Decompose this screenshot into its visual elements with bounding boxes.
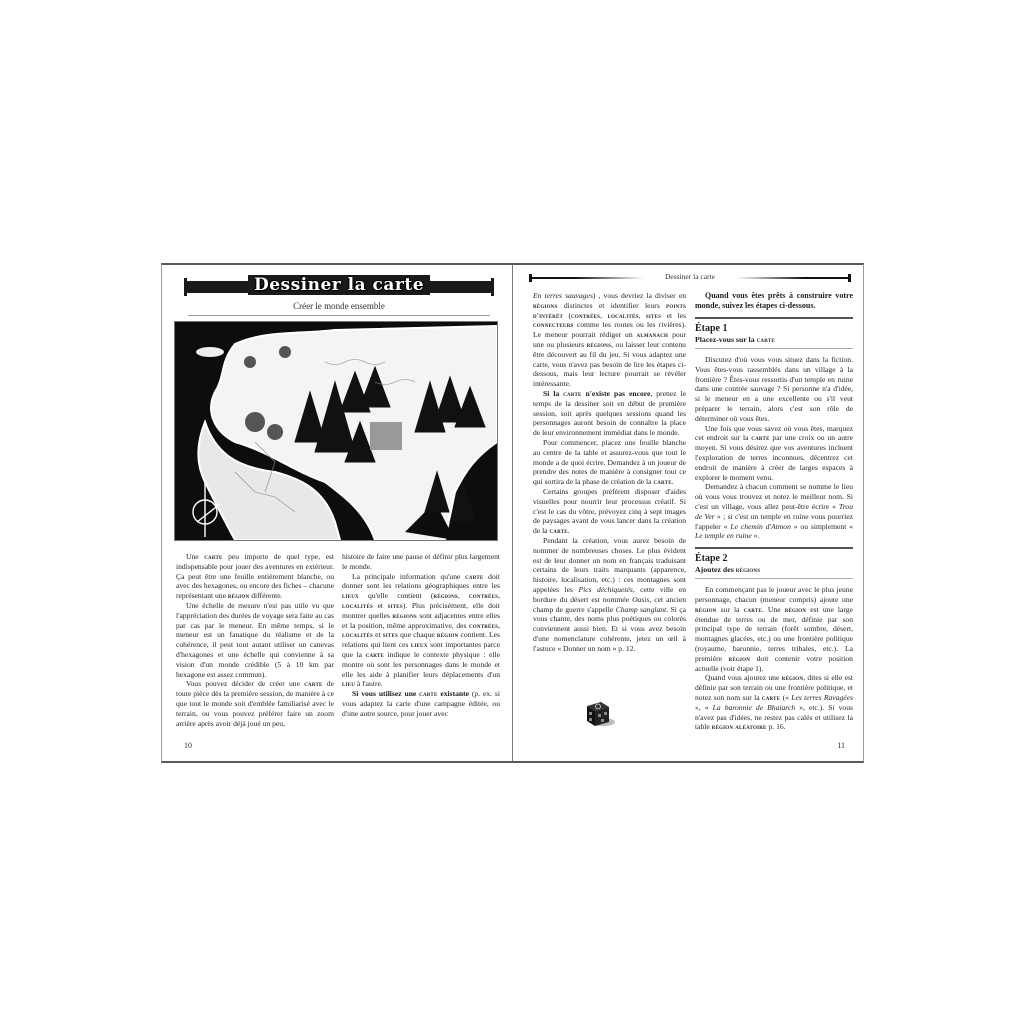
step-1-rule [695,317,853,319]
subtitle-divider [188,315,490,316]
paragraph: En commençant pas le joueur avec le plus… [695,585,853,673]
italic-text: Les terres Ravagées [791,693,853,702]
game-term: lieux [411,640,428,649]
italic-text: Champ sanglant [616,605,667,614]
map-drawing [175,322,497,540]
game-term: régions [392,611,416,620]
dice-icon [581,698,615,728]
italic-text: Le temple en ruine [695,531,752,540]
paragraph: histoire de faire une pause et définir p… [342,552,500,572]
paragraph: Discutez d'où vous vous situez dans la f… [695,355,853,424]
right-column-2: Quand vous êtes prêts à construire votre… [695,291,853,732]
paragraph: Vous pouvez décider de créer une carte d… [176,679,334,728]
chapter-subtitle: Créer le monde ensemble [186,301,492,311]
step-1-title: Étape 1 [695,323,853,335]
game-term: carte [304,679,322,688]
paragraph: Une échelle de mesure n'est pas utile vu… [176,601,334,679]
game-term: lieux [342,591,359,600]
book-spread: Dessiner la carte Créer le monde ensembl… [161,263,864,763]
left-page: Dessiner la carte Créer le monde ensembl… [162,265,512,761]
step-2-rule [695,547,853,549]
game-term: carte [762,693,780,702]
game-term: localités [342,601,373,610]
game-term: carte [757,335,775,344]
game-term: régions [433,591,457,600]
paragraph: Une fois que vous savez où vous êtes, ma… [695,424,853,483]
paragraph: Pendant la création, vous aurez besoin d… [533,536,686,654]
game-term: région [782,673,803,682]
game-term: régions [587,340,611,349]
game-term: carte [366,650,384,659]
italic-text: Oasis [632,595,649,604]
game-term: région [228,591,249,600]
game-term: région aléatoire [712,722,767,731]
step-2-body: En commençant pas le joueur avec le plus… [695,585,853,732]
italic-text: Pics déchiquetés [578,585,632,594]
paragraph: En terres sauvages) , vous devriez la di… [533,291,686,389]
step-1-subrule [695,348,853,349]
left-column-1: Une carte peu importe de quel type, est … [176,552,334,728]
game-term: région [729,654,750,663]
game-term: régions [736,565,760,574]
paragraph: La principale information qu'une carte d… [342,572,500,690]
step-2-subtitle: Ajoutez des régions [695,565,853,575]
game-term: région [785,605,806,614]
fantasy-map-illustration [174,321,498,541]
game-term: carte [549,526,567,535]
page-number: 11 [837,741,845,750]
step-2-subrule [695,578,853,579]
game-term: localités [342,630,373,639]
right-page: Dessiner la carte En terres sauvages) , … [513,265,863,761]
game-term: régions [533,301,557,310]
paragraph: Une carte peu importe de quel type, est … [176,552,334,601]
game-term: carte [653,477,671,486]
game-term: lieu [342,679,355,688]
game-term: contrées [469,621,498,630]
game-term: carte [744,605,762,614]
game-term: sites [388,601,403,610]
game-term: contrées [469,591,498,600]
game-term: sites [383,630,398,639]
chapter-title: Dessiner la carte [248,275,430,295]
step-2-title: Étape 2 [695,553,853,565]
page-number: 10 [184,741,192,750]
step-1-subtitle: Placez-vous sur la carte [695,335,853,345]
bold-text: existante [437,689,469,698]
game-term: carte [465,572,483,581]
step-1-body: Discutez d'où vous vous situez dans la f… [695,355,853,541]
steps-intro: Quand vous êtes prêts à construire votre… [695,291,853,311]
italic-text: Trou de Ver [695,502,853,521]
paragraph: Demandez à chacun comment se nomme le li… [695,482,853,541]
bold-text: Si vous utilisez une [352,689,419,698]
paragraph: Si vous utilisez une carte existante (p.… [342,689,500,718]
game-term: carte [419,689,437,698]
game-term: sites [646,311,661,320]
paragraph: Certains groupes préfèrent disposer d'ai… [533,487,686,536]
running-head: Dessiner la carte [529,271,851,283]
bold-text: Si la [543,389,563,398]
running-head-title: Dessiner la carte [529,272,851,281]
italic-text: Le chemin d'Atmon [730,522,791,531]
italic-text: La baronnie de Bhaiarch [713,703,796,712]
right-column-1: En terres sauvages) , vous devriez la di… [533,291,686,653]
game-term: carte [204,552,222,561]
game-term: région [695,605,716,614]
game-term: région [437,630,458,639]
game-term: contrées [571,311,600,320]
left-column-2: histoire de faire une pause et définir p… [342,552,500,719]
game-term: connecteurs [533,320,574,329]
paragraph: Si la carte n'existe pas encore, prenez … [533,389,686,438]
game-term: localités [608,311,639,320]
game-term: carte [563,389,581,398]
bold-text: n'existe pas encore [582,389,651,398]
chapter-title-banner: Dessiner la carte [186,277,492,297]
game-term: almanach [637,330,669,339]
game-term: carte [751,433,769,442]
paragraph: Quand vous ajoutez une région, dites si … [695,673,853,732]
italic-text: En terres sauvages [533,291,593,300]
paragraph: Pour commencer, placez une feuille blanc… [533,438,686,487]
